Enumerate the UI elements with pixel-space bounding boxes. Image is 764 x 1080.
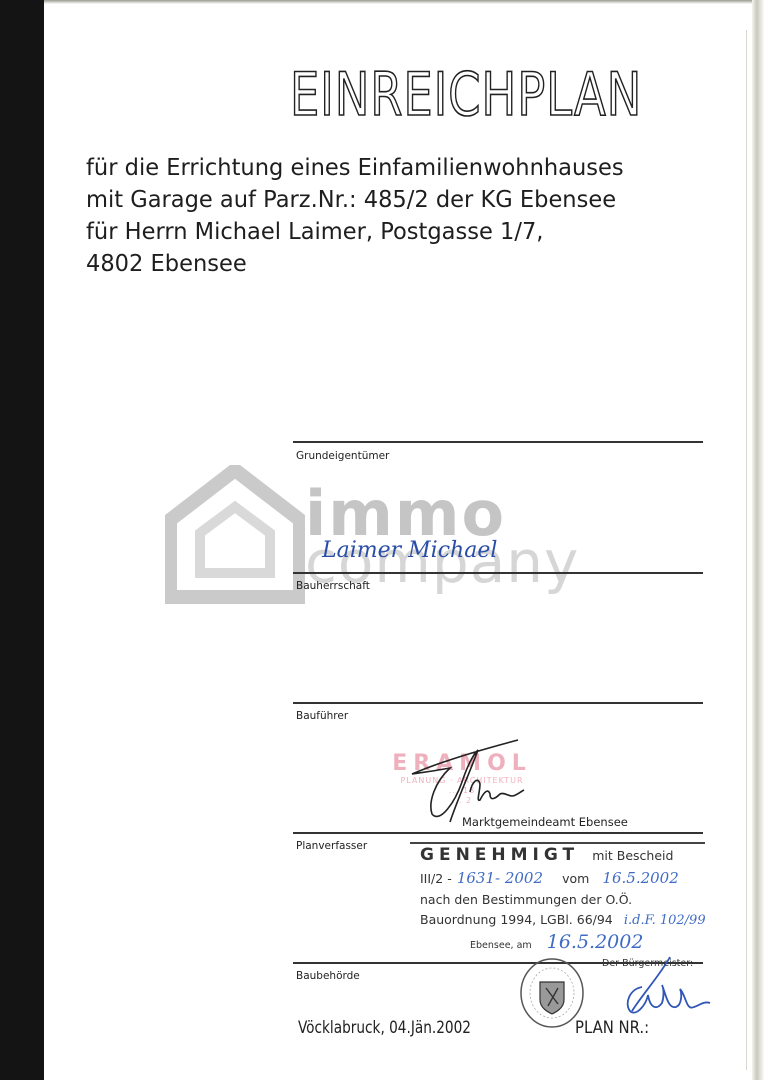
place-label: Ebensee, am — [470, 940, 532, 951]
signature-line-grundeigentuemer — [293, 441, 703, 443]
approval-regulation-row2: Bauordnung 1994, LGBl. 66/94 i.d.F. 102/… — [420, 909, 706, 928]
label-baubehoerde: Baubehörde — [296, 970, 360, 982]
project-description: für die Errichtung eines Einfamilienwohn… — [86, 152, 713, 280]
approval-office: Marktgemeindeamt Ebensee — [462, 815, 628, 829]
signature-line-planverfasser — [293, 832, 703, 834]
document-title: EINREICHPLAN — [290, 62, 643, 142]
planner-signature — [400, 732, 550, 827]
place-date: 16.5.2002 — [547, 931, 644, 953]
house-icon — [165, 465, 305, 605]
mayor-signature — [620, 955, 730, 1025]
label-bauherrschaft: Bauherrschaft — [296, 580, 370, 592]
approval-with-notice: mit Bescheid — [592, 848, 673, 863]
approval-place-row: Ebensee, am 16.5.2002 — [470, 931, 643, 953]
description-line: für die Errichtung eines Einfamilienwohn… — [86, 152, 713, 184]
regulation-text: Bauordnung 1994, LGBl. 66/94 — [420, 912, 613, 927]
page-fold-line — [746, 30, 747, 1070]
regulation-amendment: i.d.F. 102/99 — [624, 913, 706, 928]
approval-regulation-row1: nach den Bestimmungen der O.Ö. — [420, 889, 632, 908]
description-line: mit Garage auf Parz.Nr.: 485/2 der KG Eb… — [86, 184, 713, 216]
approval-stamp-rule — [410, 842, 705, 844]
description-line: 4802 Ebensee — [86, 248, 713, 280]
label-grundeigentuemer: Grundeigentümer — [296, 450, 389, 462]
description-line: für Herrn Michael Laimer, Postgasse 1/7, — [86, 216, 713, 248]
label-planverfasser: Planverfasser — [296, 840, 367, 852]
signature-line-baufuehrer — [293, 702, 703, 704]
file-prefix: III/2 - — [420, 871, 452, 886]
approval-heading: GENEHMIGT — [420, 845, 579, 865]
approval-heading-row: GENEHMIGT mit Bescheid — [420, 845, 673, 865]
place-and-date: Vöcklabruck, 04.Jän.2002 — [298, 1018, 471, 1037]
page-top-edge — [44, 0, 764, 4]
from-date: 16.5.2002 — [602, 869, 678, 887]
from-label: vom — [562, 871, 589, 886]
regulation-text: nach den Bestimmungen der O.Ö. — [420, 892, 632, 907]
document-binding-strip — [0, 0, 44, 1080]
signature-line-bauherrschaft — [293, 572, 703, 574]
watermark-brand-immo: immo — [305, 483, 506, 545]
label-baufuehrer: Bauführer — [296, 710, 348, 722]
page-right-edge — [752, 0, 764, 1080]
plan-number-label: PLAN NR.: — [575, 1018, 649, 1037]
file-number: 1631- 2002 — [457, 869, 543, 887]
signature-bauherrschaft: Laimer Michael — [322, 538, 497, 563]
approval-file-row: III/2 - 1631- 2002 vom 16.5.2002 — [420, 868, 679, 887]
